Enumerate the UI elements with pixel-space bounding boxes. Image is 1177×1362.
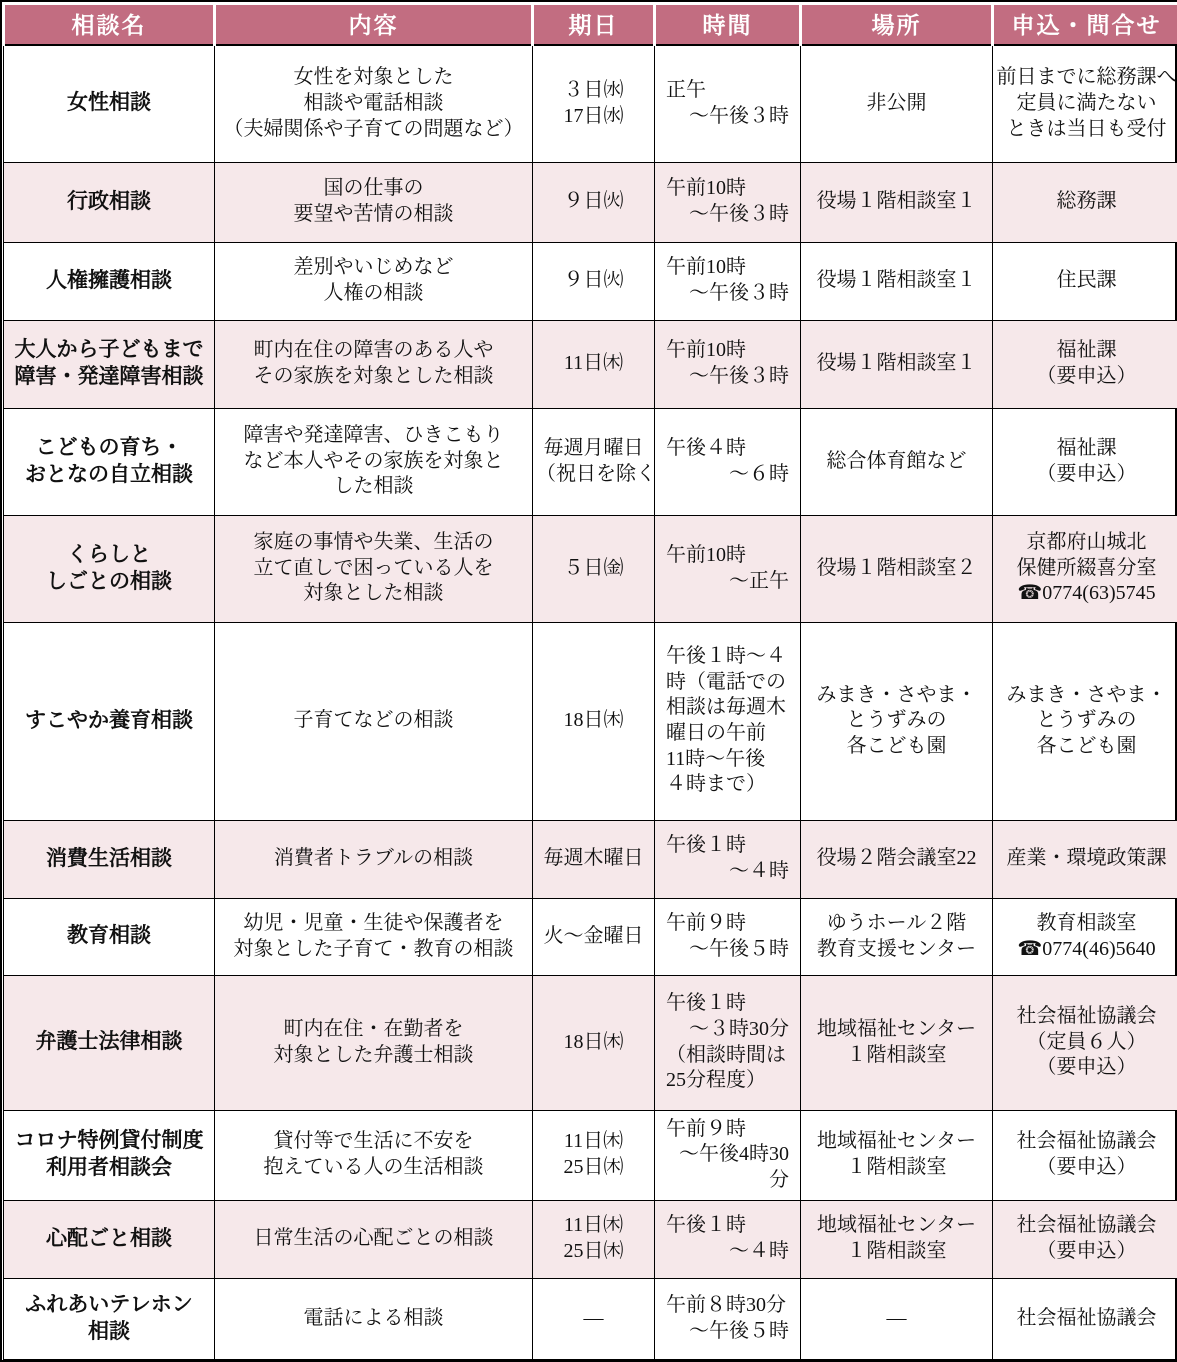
table-row: コロナ特例貸付制度利用者相談会貸付等で生活に不安を抱えている人の生活相談11日㈭… (4, 1110, 1177, 1200)
cell-lines: 18日㈭ (536, 1030, 651, 1056)
cell-line: ～正午 (666, 569, 789, 595)
cell-date: 火～金曜日 (533, 898, 655, 975)
cell-place: 地域福祉センター１階相談室 (801, 975, 993, 1110)
cell-line: （要申込） (996, 364, 1177, 390)
cell-line: 相談や電話相談 (218, 91, 529, 117)
cell-content: 国の仕事の要望や苦情の相談 (215, 162, 533, 242)
cell-line: ３日㈬ (536, 78, 651, 104)
cell-line: 人権の相談 (218, 281, 529, 307)
cell-lines: 日常生活の心配ごとの相談 (218, 1226, 529, 1252)
cell-time: 午後１時～４時 (655, 1200, 801, 1278)
cell-place: 地域福祉センター１階相談室 (801, 1110, 993, 1200)
cell-line: ～午後３時 (666, 202, 789, 228)
cell-contact: 福祉課（要申込） (993, 408, 1177, 515)
cell-lines: 社会福祉協議会 (996, 1306, 1177, 1332)
cell-line: 心配ごと相談 (7, 1226, 211, 1253)
column-header-label: 期日 (569, 12, 619, 38)
cell-line: とうずみの (804, 708, 989, 734)
cell-line: した相談 (218, 474, 529, 500)
cell-content: 幼児・児童・生徒や保護者を対象とした子育て・教育の相談 (215, 898, 533, 975)
cell-line: すこやか養育相談 (7, 708, 211, 735)
cell-time: 午前９時～午後4時30分 (655, 1110, 801, 1200)
cell-line: 障害や発達障害、ひきこもり (218, 423, 529, 449)
cell-line: １階相談室 (804, 1239, 989, 1265)
cell-line: ９日㈫ (536, 189, 651, 215)
table-row: 大人から子どもまで障害・発達障害相談町内在住の障害のある人やその家族を対象とした… (4, 320, 1177, 408)
cell-line: 対象とした相談 (218, 581, 529, 607)
cell-lines: 午前９時～午後５時 (658, 911, 797, 962)
cell-line: 産業・環境政策課 (996, 846, 1177, 872)
cell-time: 午前10時～午後３時 (655, 320, 801, 408)
column-header-label: 相談名 (72, 12, 147, 38)
cell-line: 午前９時 (666, 911, 789, 937)
cell-line: 18日㈭ (536, 708, 651, 734)
cell-line: など本人やその家族を対象と (218, 449, 529, 475)
cell-date: 毎週木曜日 (533, 820, 655, 898)
cell-place: 役場１階相談室１ (801, 242, 993, 320)
cell-contact: 教育相談室☎0774(46)5640 (993, 898, 1177, 975)
cell-line: ゆうホール２階 (804, 911, 989, 937)
cell-name: こどもの育ち・おとなの自立相談 (4, 408, 215, 515)
cell-line: 午前９時 (666, 1117, 789, 1143)
column-header-time: 時間 (655, 4, 801, 46)
cell-lines: 人権擁護相談 (7, 268, 211, 295)
cell-lines: こどもの育ち・おとなの自立相談 (7, 435, 211, 489)
cell-name: 女性相談 (4, 45, 215, 162)
cell-line: ～午後３時 (666, 364, 789, 390)
column-header-label: 場所 (872, 12, 922, 38)
cell-line: 午前８時30分 (666, 1293, 789, 1319)
cell-line: ～午後３時 (666, 281, 789, 307)
cell-lines: みまき・さやま・とうずみの各こども園 (804, 683, 989, 760)
cell-line: 貸付等で生活に不安を (218, 1129, 529, 1155)
cell-line: ～午後３時 (666, 104, 789, 130)
cell-line: 各こども園 (996, 734, 1177, 760)
cell-line: ― (536, 1306, 651, 1332)
cell-line: ふれあいテレホン (7, 1292, 211, 1319)
cell-line: 火～金曜日 (536, 924, 651, 950)
consultation-table-frame: 相談名 内容 期日 時間 場所 申込・問合せ 女性相談女性を対象とした相談や電話… (0, 0, 1177, 1362)
cell-lines: ゆうホール２階教育支援センター (804, 911, 989, 962)
cell-lines: ９日㈫ (536, 268, 651, 294)
cell-line: 社会福祉協議会 (996, 1306, 1177, 1332)
cell-place: 総合体育館など (801, 408, 993, 515)
table-row: くらしとしごとの相談家庭の事情や失業、生活の立て直しで困っている人を対象とした相… (4, 515, 1177, 622)
cell-lines: 地域福祉センター１階相談室 (804, 1213, 989, 1264)
cell-content: 差別やいじめなど人権の相談 (215, 242, 533, 320)
cell-line: １階相談室 (804, 1043, 989, 1069)
cell-line: 正午 (666, 78, 789, 104)
cell-date: ９日㈫ (533, 242, 655, 320)
cell-line: 対象とした子育て・教育の相談 (218, 937, 529, 963)
cell-line: （要申込） (996, 1055, 1177, 1081)
column-header-name: 相談名 (4, 4, 215, 46)
table-row: 教育相談幼児・児童・生徒や保護者を対象とした子育て・教育の相談火～金曜日午前９時… (4, 898, 1177, 975)
cell-lines: 地域福祉センター１階相談室 (804, 1017, 989, 1068)
cell-lines: 町内在住・在勤者を対象とした弁護士相談 (218, 1017, 529, 1068)
cell-lines: 午前10時～午後３時 (658, 176, 797, 227)
table-header: 相談名 内容 期日 時間 場所 申込・問合せ (4, 4, 1177, 46)
cell-line: 保健所綴喜分室 (996, 556, 1177, 582)
cell-lines: ― (536, 1306, 651, 1332)
cell-line: 前日までに総務課へ (996, 65, 1177, 91)
table-row: 行政相談国の仕事の要望や苦情の相談９日㈫午前10時～午後３時役場１階相談室１総務… (4, 162, 1177, 242)
cell-date: 11日㈭ (533, 320, 655, 408)
cell-line: 午後４時 (666, 436, 789, 462)
cell-lines: コロナ特例貸付制度利用者相談会 (7, 1128, 211, 1182)
cell-line: （夫婦関係や子育ての問題など） (218, 117, 529, 143)
cell-line: （相談時間は (666, 1043, 789, 1069)
cell-line: 各こども園 (804, 734, 989, 760)
cell-line: 17日㈬ (536, 104, 651, 130)
cell-line: 大人から子どもまで (7, 337, 211, 364)
cell-line: みまき・さやま・ (996, 683, 1177, 709)
cell-line: 定員に満たない (996, 91, 1177, 117)
cell-time: 午後１時～４時（電話での相談は毎週木曜日の午前11時～午後４時まで） (655, 622, 801, 820)
cell-line: 社会福祉協議会 (996, 1129, 1177, 1155)
cell-lines: 町内在住の障害のある人やその家族を対象とした相談 (218, 338, 529, 389)
cell-line: 立て直しで困っている人を (218, 556, 529, 582)
cell-lines: 住民課 (996, 268, 1177, 294)
cell-line: 役場１階相談室１ (804, 189, 989, 215)
cell-date: ５日㈮ (533, 515, 655, 622)
cell-lines: ５日㈮ (536, 556, 651, 582)
cell-line: 11日㈭ (536, 1213, 651, 1239)
cell-name: くらしとしごとの相談 (4, 515, 215, 622)
cell-line: 女性相談 (7, 90, 211, 117)
cell-line: 京都府山城北 (996, 530, 1177, 556)
cell-lines: 正午～午後３時 (658, 78, 797, 129)
cell-name: 行政相談 (4, 162, 215, 242)
cell-date: 11日㈭25日㈭ (533, 1200, 655, 1278)
cell-line: 毎週月曜日 (536, 436, 651, 462)
cell-lines: 役場２階会議室22 (804, 846, 989, 872)
cell-line: 25日㈭ (536, 1239, 651, 1265)
cell-place: 役場１階相談室１ (801, 320, 993, 408)
cell-name: 大人から子どもまで障害・発達障害相談 (4, 320, 215, 408)
cell-lines: 毎週月曜日（祝日を除く） (536, 436, 651, 487)
cell-line: 午前10時 (666, 176, 789, 202)
cell-line: 曜日の午前 (666, 721, 789, 747)
cell-line: （祝日を除く） (536, 462, 651, 488)
cell-contact: みまき・さやま・とうずみの各こども園 (993, 622, 1177, 820)
cell-line: しごとの相談 (7, 569, 211, 596)
cell-line: 幼児・児童・生徒や保護者を (218, 911, 529, 937)
cell-contact: 社会福祉協議会（定員６人）（要申込） (993, 975, 1177, 1110)
cell-date: ９日㈫ (533, 162, 655, 242)
cell-content: 町内在住・在勤者を対象とした弁護士相談 (215, 975, 533, 1110)
cell-line: 午前10時 (666, 543, 789, 569)
cell-lines: 午後４時～６時 (658, 436, 797, 487)
cell-line: ５日㈮ (536, 556, 651, 582)
table-row: こどもの育ち・おとなの自立相談障害や発達障害、ひきこもりなど本人やその家族を対象… (4, 408, 1177, 515)
cell-line: 消費者トラブルの相談 (218, 846, 529, 872)
cell-line: 町内在住・在勤者を (218, 1017, 529, 1043)
cell-lines: 11日㈭25日㈭ (536, 1129, 651, 1180)
cell-lines: 11日㈭25日㈭ (536, 1213, 651, 1264)
cell-lines: くらしとしごとの相談 (7, 542, 211, 596)
cell-lines: 国の仕事の要望や苦情の相談 (218, 176, 529, 227)
cell-line: 役場２階会議室22 (804, 846, 989, 872)
cell-date: 11日㈭25日㈭ (533, 1110, 655, 1200)
cell-line: ～６時 (666, 462, 789, 488)
cell-lines: 差別やいじめなど人権の相談 (218, 255, 529, 306)
cell-contact: 京都府山城北保健所綴喜分室☎0774(63)5745 (993, 515, 1177, 622)
table-row: 消費生活相談消費者トラブルの相談毎週木曜日午後１時～４時役場２階会議室22産業・… (4, 820, 1177, 898)
cell-line: 役場１階相談室１ (804, 268, 989, 294)
cell-line: 抱えている人の生活相談 (218, 1155, 529, 1181)
cell-place: 役場２階会議室22 (801, 820, 993, 898)
cell-lines: 福祉課（要申込） (996, 436, 1177, 487)
cell-line: 女性を対象とした (218, 65, 529, 91)
cell-line: ９日㈫ (536, 268, 651, 294)
cell-date: 18日㈭ (533, 975, 655, 1110)
table-row: 心配ごと相談日常生活の心配ごとの相談11日㈭25日㈭午後１時～４時地域福祉センタ… (4, 1200, 1177, 1278)
cell-time: 午後１時～４時 (655, 820, 801, 898)
cell-line: ときは当日も受付 (996, 117, 1177, 143)
table-row: 弁護士法律相談町内在住・在勤者を対象とした弁護士相談18日㈭午後１時～３時30分… (4, 975, 1177, 1110)
cell-line: ～３時30分 (666, 1017, 789, 1043)
cell-line: 住民課 (996, 268, 1177, 294)
cell-lines: 障害や発達障害、ひきこもりなど本人やその家族を対象とした相談 (218, 423, 529, 500)
cell-date: 毎週月曜日（祝日を除く） (533, 408, 655, 515)
cell-time: 午後１時～３時30分（相談時間は25分程度） (655, 975, 801, 1110)
cell-lines: ― (804, 1306, 989, 1332)
cell-line: 午後１時 (666, 1213, 789, 1239)
cell-lines: 午後１時～４時 (658, 833, 797, 884)
cell-lines: 行政相談 (7, 189, 211, 216)
table-row: 人権擁護相談差別やいじめなど人権の相談９日㈫午前10時～午後３時役場１階相談室１… (4, 242, 1177, 320)
cell-line: 11時～午後 (666, 747, 789, 773)
cell-name: 弁護士法律相談 (4, 975, 215, 1110)
cell-line: こどもの育ち・ (7, 435, 211, 462)
cell-lines: 幼児・児童・生徒や保護者を対象とした子育て・教育の相談 (218, 911, 529, 962)
cell-lines: 役場１階相談室２ (804, 556, 989, 582)
cell-line: コロナ特例貸付制度 (7, 1128, 211, 1155)
cell-lines: 大人から子どもまで障害・発達障害相談 (7, 337, 211, 391)
cell-lines: 火～金曜日 (536, 924, 651, 950)
cell-lines: みまき・さやま・とうずみの各こども園 (996, 683, 1177, 760)
cell-name: 消費生活相談 (4, 820, 215, 898)
cell-time: 正午～午後３時 (655, 45, 801, 162)
cell-line: 役場１階相談室２ (804, 556, 989, 582)
cell-content: 障害や発達障害、ひきこもりなど本人やその家族を対象とした相談 (215, 408, 533, 515)
cell-date: ― (533, 1278, 655, 1359)
cell-line: （要申込） (996, 462, 1177, 488)
cell-lines: 消費者トラブルの相談 (218, 846, 529, 872)
cell-line: 社会福祉協議会 (996, 1004, 1177, 1030)
cell-line: 日常生活の心配ごとの相談 (218, 1226, 529, 1252)
cell-line: みまき・さやま・ (804, 683, 989, 709)
cell-lines: 消費生活相談 (7, 846, 211, 873)
column-header-content: 内容 (215, 4, 533, 46)
cell-line: その家族を対象とした相談 (218, 364, 529, 390)
cell-line: （要申込） (996, 1155, 1177, 1181)
cell-place: ゆうホール２階教育支援センター (801, 898, 993, 975)
cell-line: くらしと (7, 542, 211, 569)
cell-content: 女性を対象とした相談や電話相談（夫婦関係や子育ての問題など） (215, 45, 533, 162)
cell-lines: 心配ごと相談 (7, 1226, 211, 1253)
cell-line: 地域福祉センター (804, 1017, 989, 1043)
cell-line: 総合体育館など (804, 449, 989, 475)
cell-lines: 午前10時～午後３時 (658, 338, 797, 389)
cell-line: 教育支援センター (804, 937, 989, 963)
table-row: 女性相談女性を対象とした相談や電話相談（夫婦関係や子育ての問題など）３日㈬17日… (4, 45, 1177, 162)
cell-line: 子育てなどの相談 (218, 708, 529, 734)
cell-line: 11日㈭ (536, 1129, 651, 1155)
cell-lines: 社会福祉協議会（定員６人）（要申込） (996, 1004, 1177, 1081)
cell-content: 消費者トラブルの相談 (215, 820, 533, 898)
cell-line: 福祉課 (996, 436, 1177, 462)
cell-time: 午前８時30分～午後５時 (655, 1278, 801, 1359)
cell-lines: ３日㈬17日㈬ (536, 78, 651, 129)
cell-lines: 午前10時～正午 (658, 543, 797, 594)
cell-line: 家庭の事情や失業、生活の (218, 530, 529, 556)
cell-contact: 社会福祉協議会（要申込） (993, 1110, 1177, 1200)
cell-lines: 役場１階相談室１ (804, 268, 989, 294)
cell-line: 教育相談室 (996, 911, 1177, 937)
cell-line: 11日㈭ (536, 351, 651, 377)
column-header-label: 時間 (703, 12, 753, 38)
cell-lines: 18日㈭ (536, 708, 651, 734)
cell-lines: 午後１時～４時 (658, 1213, 797, 1264)
cell-line: 18日㈭ (536, 1030, 651, 1056)
cell-lines: 弁護士法律相談 (7, 1029, 211, 1056)
cell-lines: 京都府山城北保健所綴喜分室☎0774(63)5745 (996, 530, 1177, 607)
cell-line: 総務課 (996, 189, 1177, 215)
cell-line: 対象とした弁護士相談 (218, 1043, 529, 1069)
cell-line: 国の仕事の (218, 176, 529, 202)
table-row: すこやか養育相談子育てなどの相談18日㈭午後１時～４時（電話での相談は毎週木曜日… (4, 622, 1177, 820)
cell-line: 相談は毎週木 (666, 695, 789, 721)
cell-line: （定員６人） (996, 1030, 1177, 1056)
cell-line: ☎0774(63)5745 (996, 581, 1177, 607)
column-header-date: 期日 (533, 4, 655, 46)
cell-line: 午前10時 (666, 338, 789, 364)
cell-line: 行政相談 (7, 189, 211, 216)
cell-content: 家庭の事情や失業、生活の立て直しで困っている人を対象とした相談 (215, 515, 533, 622)
cell-lines: 地域福祉センター１階相談室 (804, 1129, 989, 1180)
cell-lines: 前日までに総務課へ定員に満たないときは当日も受付 (996, 65, 1177, 142)
cell-contact: 社会福祉協議会（要申込） (993, 1200, 1177, 1278)
cell-name: コロナ特例貸付制度利用者相談会 (4, 1110, 215, 1200)
cell-lines: 午後１時～４時（電話での相談は毎週木曜日の午前11時～午後４時まで） (658, 644, 797, 798)
consultation-table: 相談名 内容 期日 時間 場所 申込・問合せ 女性相談女性を対象とした相談や電話… (2, 2, 1177, 1360)
cell-lines: 教育相談室☎0774(46)5640 (996, 911, 1177, 962)
cell-line: 人権擁護相談 (7, 268, 211, 295)
cell-lines: 教育相談 (7, 923, 211, 950)
cell-line: 25日㈭ (536, 1155, 651, 1181)
cell-contact: 住民課 (993, 242, 1177, 320)
column-header-label: 申込・問合せ (1012, 12, 1162, 38)
table-body: 女性相談女性を対象とした相談や電話相談（夫婦関係や子育ての問題など）３日㈬17日… (4, 45, 1177, 1359)
cell-line: 時（電話での (666, 670, 789, 696)
cell-time: 午前10時～午後３時 (655, 162, 801, 242)
cell-lines: 家庭の事情や失業、生活の立て直しで困っている人を対象とした相談 (218, 530, 529, 607)
cell-line: ～４時 (666, 1239, 789, 1265)
column-header-label: 内容 (349, 12, 399, 38)
cell-line: 相談 (7, 1319, 211, 1346)
cell-lines: 午前10時～午後３時 (658, 255, 797, 306)
cell-name: 教育相談 (4, 898, 215, 975)
cell-place: 役場１階相談室２ (801, 515, 993, 622)
cell-lines: 社会福祉協議会（要申込） (996, 1129, 1177, 1180)
cell-lines: すこやか養育相談 (7, 708, 211, 735)
cell-name: ふれあいテレホン相談 (4, 1278, 215, 1359)
column-header-place: 場所 (801, 4, 993, 46)
cell-lines: 役場１階相談室１ (804, 351, 989, 377)
cell-contact: 前日までに総務課へ定員に満たないときは当日も受付 (993, 45, 1177, 162)
column-header-contact: 申込・問合せ (993, 4, 1177, 46)
cell-line: 消費生活相談 (7, 846, 211, 873)
cell-lines: 役場１階相談室１ (804, 189, 989, 215)
cell-place: 地域福祉センター１階相談室 (801, 1200, 993, 1278)
cell-line: 午後１時 (666, 833, 789, 859)
cell-contact: 福祉課（要申込） (993, 320, 1177, 408)
cell-line: 教育相談 (7, 923, 211, 950)
cell-lines: 産業・環境政策課 (996, 846, 1177, 872)
cell-line: ☎0774(46)5640 (996, 937, 1177, 963)
cell-line: 利用者相談会 (7, 1155, 211, 1182)
cell-date: ３日㈬17日㈬ (533, 45, 655, 162)
cell-line: １階相談室 (804, 1155, 989, 1181)
cell-line: 町内在住の障害のある人や (218, 338, 529, 364)
cell-place: ― (801, 1278, 993, 1359)
cell-line: 役場１階相談室１ (804, 351, 989, 377)
cell-contact: 社会福祉協議会 (993, 1278, 1177, 1359)
cell-contact: 産業・環境政策課 (993, 820, 1177, 898)
cell-lines: 貸付等で生活に不安を抱えている人の生活相談 (218, 1129, 529, 1180)
cell-line: 毎週木曜日 (536, 846, 651, 872)
cell-place: 役場１階相談室１ (801, 162, 993, 242)
cell-lines: 毎週木曜日 (536, 846, 651, 872)
cell-line: 午前10時 (666, 255, 789, 281)
cell-content: 子育てなどの相談 (215, 622, 533, 820)
cell-line: 障害・発達障害相談 (7, 364, 211, 391)
cell-lines: 社会福祉協議会（要申込） (996, 1213, 1177, 1264)
cell-line: 地域福祉センター (804, 1129, 989, 1155)
cell-place: 非公開 (801, 45, 993, 162)
cell-line: ～午後５時 (666, 1319, 789, 1345)
cell-line: とうずみの (996, 708, 1177, 734)
cell-line: ４時まで） (666, 772, 789, 798)
header-row: 相談名 内容 期日 時間 場所 申込・問合せ (4, 4, 1177, 46)
cell-lines: 午後１時～３時30分（相談時間は25分程度） (658, 991, 797, 1093)
cell-line: おとなの自立相談 (7, 462, 211, 489)
cell-content: 日常生活の心配ごとの相談 (215, 1200, 533, 1278)
cell-time: 午前10時～午後３時 (655, 242, 801, 320)
cell-lines: 午前８時30分～午後５時 (658, 1293, 797, 1344)
cell-lines: ふれあいテレホン相談 (7, 1292, 211, 1346)
cell-line: ～午後５時 (666, 937, 789, 963)
cell-time: 午前10時～正午 (655, 515, 801, 622)
cell-line: 社会福祉協議会 (996, 1213, 1177, 1239)
cell-content: 電話による相談 (215, 1278, 533, 1359)
cell-line: 電話による相談 (218, 1306, 529, 1332)
cell-contact: 総務課 (993, 162, 1177, 242)
cell-lines: 電話による相談 (218, 1306, 529, 1332)
cell-line: ～４時 (666, 859, 789, 885)
cell-lines: 総務課 (996, 189, 1177, 215)
cell-name: すこやか養育相談 (4, 622, 215, 820)
cell-name: 人権擁護相談 (4, 242, 215, 320)
cell-lines: 非公開 (804, 91, 989, 117)
cell-line: 午後１時 (666, 991, 789, 1017)
cell-lines: 女性を対象とした相談や電話相談（夫婦関係や子育ての問題など） (218, 65, 529, 142)
cell-line: 非公開 (804, 91, 989, 117)
cell-line: 地域福祉センター (804, 1213, 989, 1239)
cell-line: ― (804, 1306, 989, 1332)
